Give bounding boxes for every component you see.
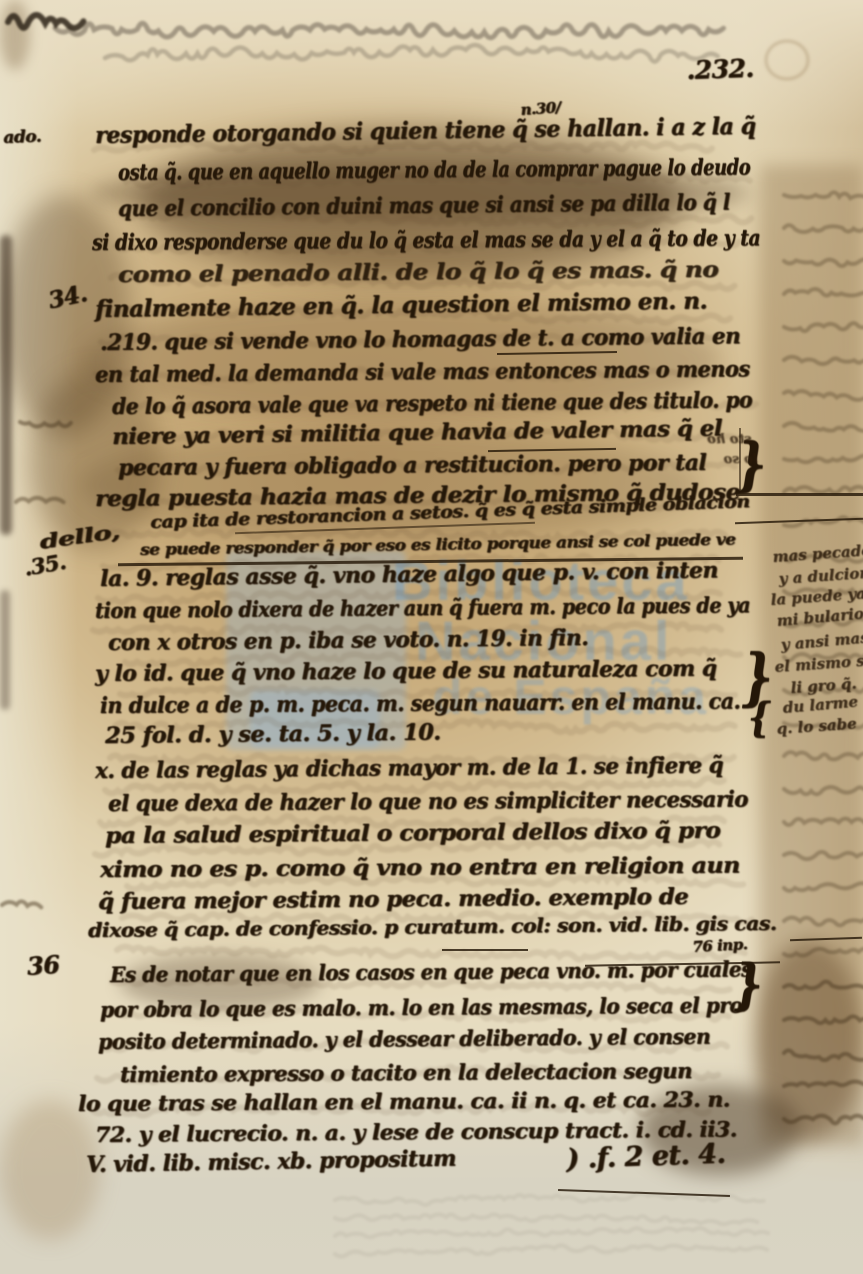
manuscript-line: el que dexa de hazer lo que no es simpli… [108,787,748,817]
manuscript-line: y lo id. que q̃ vno haze lo que de su na… [95,656,717,687]
underline-stroke [442,949,528,951]
manuscript-line: 25 fol. d. y se. ta. 5. y la. 10. [105,719,441,749]
paper-stain [0,1100,100,1240]
manuscript-line: { [748,694,770,741]
signature-mark: ) .f. 2 et. 4. [566,1138,726,1175]
ring-stain [765,40,809,80]
margin-number: ado. [3,127,42,148]
manuscript-line: pa la salud espiritual o corporal dellos… [105,818,720,849]
manuscript-page: Biblioteca Nacional de España .232. n.30… [0,0,863,1274]
manuscript-line: como el penado alli. de lo q̃ lo q̃ es m… [118,257,718,288]
manuscript-line: timiento expresso o tacito en la delecta… [120,1058,692,1087]
margin-number: 36 [26,950,60,981]
page-number: .232. [686,54,754,85]
manuscript-line: posito determinado. y el dessear deliber… [98,1024,710,1054]
manuscript-line: dixose q̃ cap. de confessio. p curatum. … [88,911,777,942]
manuscript-line: por obra lo que es malo. m. lo en las me… [100,993,742,1022]
paper-stain [0,590,10,710]
manuscript-line: tion que nolo dixera de hazer aun q̃ fue… [95,592,750,623]
manuscript-line: x. de las reglas ya dichas mayor m. de l… [95,753,723,784]
footer-citation: V. vid. lib. misc. xb. propositum [86,1146,456,1178]
manuscript-line: si dixo responderse que du lo q̃ esta el… [92,225,760,256]
manuscript-line: de lo q̃ asora vale que va respeto ni ti… [112,387,752,420]
manuscript-line: Es de notar que en los casos en que peca… [110,956,752,987]
manuscript-line: con x otros en p. iba se voto. n. 19. in… [108,625,588,656]
manuscript-line: ximo no es p. como q̃ vno no entra en re… [100,853,740,883]
margin-number: .35. [22,549,68,581]
paper-stain [0,235,12,535]
corner-note-line: sto ho [707,432,752,447]
manuscript-line: in dulce a de p. m. peca. m. segun nauar… [100,689,740,719]
rule-line [736,493,863,496]
manuscript-line: q̃ fuera mejor estim no peca. medio. exe… [98,884,688,915]
manuscript-line: lo que tras se hallan en el manu. ca. ii… [78,1086,730,1116]
marginal-reference: 76 inp. [692,935,748,956]
paper-stain [0,0,30,70]
rule-line [739,428,741,490]
manuscript-line: responde otorgando si quien tiene q̃ se … [95,113,756,149]
manuscript-line: niere ya veri si militia que havia de va… [112,415,722,450]
underline-stroke [558,1189,730,1197]
manuscript-line: pecara y fuera obligado a restitucion. p… [118,450,706,481]
manuscript-line: se puede responder q̃ por eso es licito … [140,530,736,559]
manuscript-line: osta q̃. que en aquello muger no da de l… [118,154,750,186]
